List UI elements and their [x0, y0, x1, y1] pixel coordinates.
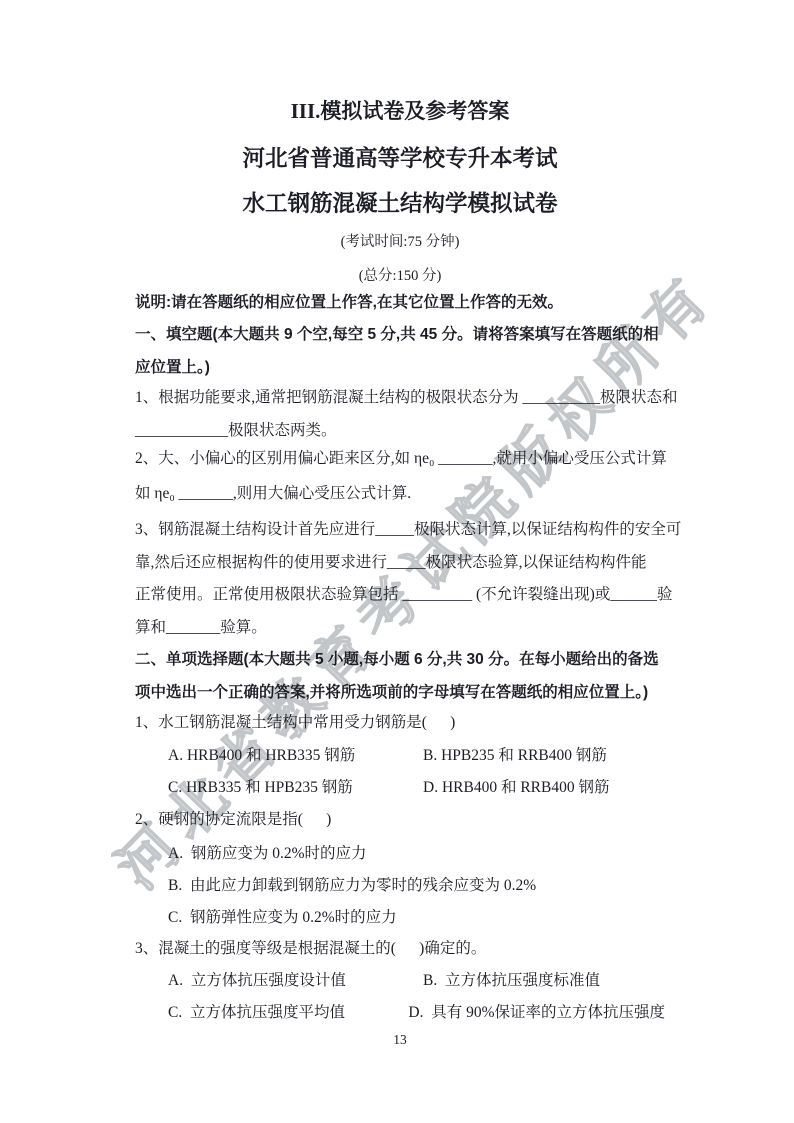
mc-q1-stem: 1、水工钢筋混凝土结构中常用受力钢筋是( ): [135, 711, 665, 735]
mc-q1-options-row1: A. HRB400 和 HRB335 钢筋 B. HPB235 和 RRB400…: [135, 744, 665, 768]
mc-q3-option-c: C. 立方体抗压强度平均值: [168, 1001, 408, 1025]
mc-q3-stem: 3、混凝土的强度等级是根据混凝土的( )确定的。: [135, 937, 665, 961]
paper-title: 水工钢筋混凝土结构学模拟试卷: [135, 188, 665, 220]
fill-q3-line4: 算和_______验算。: [135, 616, 665, 640]
mc-q1-option-b: B. HPB235 和 RRB400 钢筋: [423, 744, 607, 768]
total-score-note: (总分:150 分): [135, 264, 665, 288]
page-content: III.模拟试卷及参考答案 河北省普通高等学校专升本考试 水工钢筋混凝土结构学模…: [135, 0, 665, 1025]
exam-paper-page: 河北省教育考试院版权所有 III.模拟试卷及参考答案 河北省普通高等学校专升本考…: [0, 0, 794, 1123]
mc-q3-options-row1: A. 立方体抗压强度设计值 B. 立方体抗压强度标准值: [135, 969, 665, 993]
fill-q3-line1: 3、钢筋混凝土结构设计首先应进行_____极限状态计算,以保证结构构件的安全可: [135, 518, 665, 542]
mc-q3-option-a: A. 立方体抗压强度设计值: [168, 969, 423, 993]
mc-q2-option-b: B. 由此应力卸载到钢筋应力为零时的残余应变为 0.2%: [135, 874, 665, 898]
mc-q1-option-a: A. HRB400 和 HRB335 钢筋: [168, 744, 423, 768]
fill-q3-line3: 正常使用。正常使用极限状态验算包括 _________ (不允许裂缝出现)或__…: [135, 583, 665, 607]
mc-q2-option-c: C. 钢筋弹性应变为 0.2%时的应力: [135, 906, 665, 930]
fill-in-heading-line2: 应位置上。): [135, 356, 665, 380]
page-number: 13: [135, 1032, 665, 1048]
fill-in-heading-line1: 一、填空题(本大题共 9 个空,每空 5 分,共 45 分。请将答案填写在答题纸…: [135, 323, 665, 347]
mc-q3-option-d: D. 具有 90%保证率的立方体抗压强度: [408, 1001, 665, 1025]
mc-q1-option-c: C. HRB335 和 HPB235 钢筋: [168, 776, 423, 800]
fill-q2-line2: 如 ηe₀ _______,则用大偏心受压公式计算.: [135, 482, 665, 506]
mc-heading-line2: 项中选出一个正确的答案,并将所选项前的字母填写在答题纸的相应位置上。): [135, 681, 665, 705]
mc-heading-line1: 二、单项选择题(本大题共 5 小题,每小题 6 分,共 30 分。在每小题给出的…: [135, 648, 665, 672]
fill-q3-line2: 靠,然后还应根据构件的使用要求进行_____极限状态验算,以保证结构构件能: [135, 551, 665, 575]
exam-time-note: (考试时间:75 分钟): [135, 230, 665, 254]
fill-q1-line2: ____________极限状态两类。: [135, 419, 665, 443]
answer-notice: 说明:请在答题纸的相应位置上作答,在其它位置上作答的无效。: [135, 291, 665, 315]
mc-q3-option-b: B. 立方体抗压强度标准值: [423, 969, 600, 993]
fill-q2-line1: 2、大、小偏心的区别用偏心距来区分,如 ηe₀ _______,就用小偏心受压公…: [135, 447, 665, 471]
fill-q1-line1: 1、根据功能要求,通常把钢筋混凝土结构的极限状态分为 __________极限状…: [135, 386, 665, 410]
mc-q2-option-a: A. 钢筋应变为 0.2%时的应力: [135, 842, 665, 866]
mc-q2-stem: 2、硬钢的协定流限是指( ): [135, 808, 665, 832]
mc-q1-option-d: D. HRB400 和 RRB400 钢筋: [423, 776, 609, 800]
exam-name: 河北省普通高等学校专升本考试: [135, 143, 665, 175]
section-title: III.模拟试卷及参考答案: [135, 96, 665, 126]
mc-q1-options-row2: C. HRB335 和 HPB235 钢筋 D. HRB400 和 RRB400…: [135, 776, 665, 800]
mc-q3-options-row2: C. 立方体抗压强度平均值 D. 具有 90%保证率的立方体抗压强度: [135, 1001, 665, 1025]
